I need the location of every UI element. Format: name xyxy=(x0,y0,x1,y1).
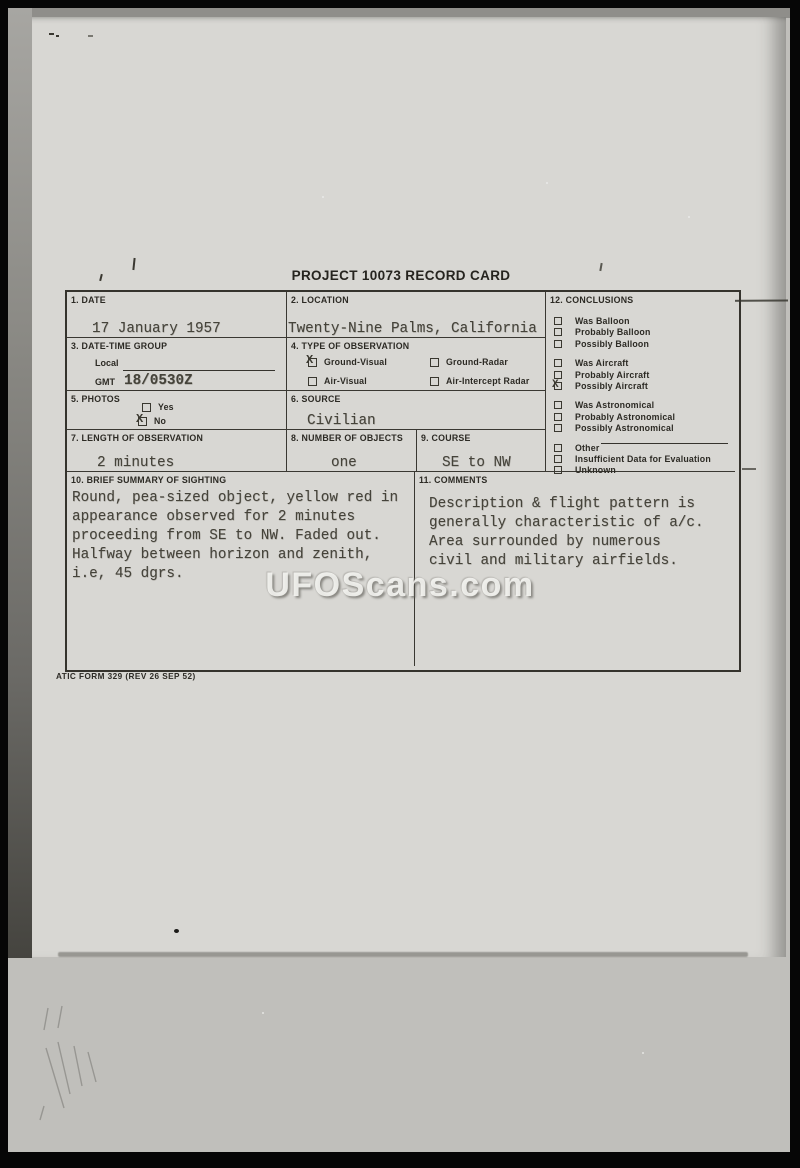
number-label: 8. NUMBER OF OBJECTS xyxy=(287,430,416,443)
checkbox-photos-no: X No xyxy=(138,416,166,426)
checkbox-icon xyxy=(430,358,439,367)
field-course: 9. COURSE SE to NW xyxy=(417,430,545,472)
checkbox-air-visual: Air-Visual xyxy=(308,376,367,386)
checkbox-possibly-aircraft: XPossibly Aircraft xyxy=(554,381,731,392)
photos-label: 5. PHOTOS xyxy=(67,391,286,404)
checkbox-icon xyxy=(142,403,151,412)
checkbox-icon xyxy=(308,377,317,386)
field-source: 6. SOURCE Civilian xyxy=(287,391,545,430)
conclusions-group-astronomical: Was Astronomical Probably Astronomical P… xyxy=(554,400,731,434)
summary-label: 10. BRIEF SUMMARY OF SIGHTING xyxy=(67,472,414,485)
checkbox-icon xyxy=(554,466,562,474)
conclusions-list: Was Balloon Probably Balloon Possibly Ba… xyxy=(554,316,731,485)
dtg-gmt-value: 18/0530Z xyxy=(124,373,193,389)
source-label: 6. SOURCE xyxy=(287,391,545,404)
paper-left-edge-shadow xyxy=(8,8,32,958)
checkbox-icon: X xyxy=(138,417,147,426)
checkbox-icon xyxy=(554,340,562,348)
scan-artifact xyxy=(49,33,54,35)
checkbox-icon: X xyxy=(554,382,562,390)
field-date-value: 17 January 1957 xyxy=(92,321,221,337)
checkbox-other: Other xyxy=(554,443,731,454)
checkbox-icon xyxy=(554,359,562,367)
field-location-label: 2. LOCATION xyxy=(287,292,545,305)
checkbox-probably-astronomical: Probably Astronomical xyxy=(554,412,731,423)
field-conclusions: 12. CONCLUSIONS Was Balloon Probably Bal… xyxy=(545,292,735,472)
other-blank-line xyxy=(601,443,728,444)
checkbox-insufficient-data: Insufficient Data for Evaluation xyxy=(554,454,731,465)
field-type-of-observation: 4. TYPE OF OBSERVATION X Ground-Visual G… xyxy=(287,338,545,391)
dtg-local-row: Local xyxy=(95,355,275,371)
length-value: 2 minutes xyxy=(97,455,174,471)
checkbox-x-mark: X xyxy=(136,413,143,425)
checkbox-probably-balloon: Probably Balloon xyxy=(554,327,731,338)
scan-artifact xyxy=(56,35,59,37)
checkbox-was-astronomical: Was Astronomical xyxy=(554,400,731,411)
field-date: 1. DATE 17 January 1957 xyxy=(67,292,287,338)
checkbox-icon xyxy=(554,328,562,336)
field-number-of-objects: 8. NUMBER OF OBJECTS one xyxy=(287,430,417,472)
conclusions-label: 12. CONCLUSIONS xyxy=(546,292,735,305)
field-date-label: 1. DATE xyxy=(67,292,286,305)
document-title: PROJECT 10073 RECORD CARD xyxy=(65,268,737,283)
dtg-gmt-label: GMT xyxy=(95,377,115,387)
source-value: Civilian xyxy=(307,413,376,429)
checkbox-probably-aircraft: Probably Aircraft xyxy=(554,370,731,381)
conclusions-group-aircraft: Was Aircraft Probably Aircraft XPossibly… xyxy=(554,358,731,392)
form-number: ATIC FORM 329 (REV 26 SEP 52) xyxy=(56,672,196,681)
watermark: UFOScans.com xyxy=(0,566,800,605)
scanned-document: { "page": { "title": "PROJECT 10073 RECO… xyxy=(0,0,800,1168)
length-label: 7. LENGTH OF OBSERVATION xyxy=(67,430,286,443)
checkbox-photos-yes: Yes xyxy=(142,402,174,412)
scan-artifact-line xyxy=(742,468,756,470)
checkbox-icon xyxy=(554,401,562,409)
field-location-value: Twenty-Nine Palms, California xyxy=(288,321,537,337)
field-dtg-label: 3. DATE-TIME GROUP xyxy=(67,338,286,351)
checkbox-icon: X xyxy=(308,358,317,367)
field-date-time-group: 3. DATE-TIME GROUP Local GMT 18/0530Z xyxy=(67,338,287,391)
scan-artifact xyxy=(88,35,93,37)
dtg-gmt-row: GMT 18/0530Z xyxy=(95,374,269,391)
comments-text: Description & flight pattern is generall… xyxy=(429,495,704,571)
scan-artifact-dot xyxy=(174,929,179,933)
checkbox-icon xyxy=(554,413,562,421)
checkbox-icon xyxy=(554,455,562,463)
course-label: 9. COURSE xyxy=(417,430,545,443)
checkbox-was-aircraft: Was Aircraft xyxy=(554,358,731,369)
checkbox-possibly-balloon: Possibly Balloon xyxy=(554,339,731,350)
checkbox-ground-visual: X Ground-Visual xyxy=(308,357,387,367)
checkbox-was-balloon: Was Balloon xyxy=(554,316,731,327)
checkbox-possibly-astronomical: Possibly Astronomical xyxy=(554,423,731,434)
checkbox-icon xyxy=(430,377,439,386)
scan-scratches xyxy=(30,990,150,1130)
checkbox-x-mark: X xyxy=(552,379,559,391)
checkbox-icon xyxy=(554,317,562,325)
conclusions-group-balloon: Was Balloon Probably Balloon Possibly Ba… xyxy=(554,316,731,350)
field-length-of-observation: 7. LENGTH OF OBSERVATION 2 minutes xyxy=(67,430,287,472)
conclusions-group-other: Other Insufficient Data for Evaluation U… xyxy=(554,443,731,477)
field-photos: 5. PHOTOS Yes X No xyxy=(67,391,287,430)
checkbox-unknown: Unknown xyxy=(554,465,731,476)
paper-bottom-edge-shadow xyxy=(58,952,748,957)
checkbox-air-intercept-radar: Air-Intercept Radar xyxy=(430,376,529,386)
checkbox-icon xyxy=(554,424,562,432)
type-obs-label: 4. TYPE OF OBSERVATION xyxy=(287,338,545,351)
course-value: SE to NW xyxy=(442,455,511,471)
checkbox-x-mark: X xyxy=(306,354,313,366)
checkbox-icon xyxy=(554,371,562,379)
record-card: 1. DATE 17 January 1957 2. LOCATION Twen… xyxy=(65,290,741,672)
dtg-local-label: Local xyxy=(95,358,119,368)
number-value: one xyxy=(331,455,357,471)
checkbox-icon xyxy=(554,444,562,452)
checkbox-ground-radar: Ground-Radar xyxy=(430,357,508,367)
field-location: 2. LOCATION Twenty-Nine Palms, Californi… xyxy=(287,292,545,338)
